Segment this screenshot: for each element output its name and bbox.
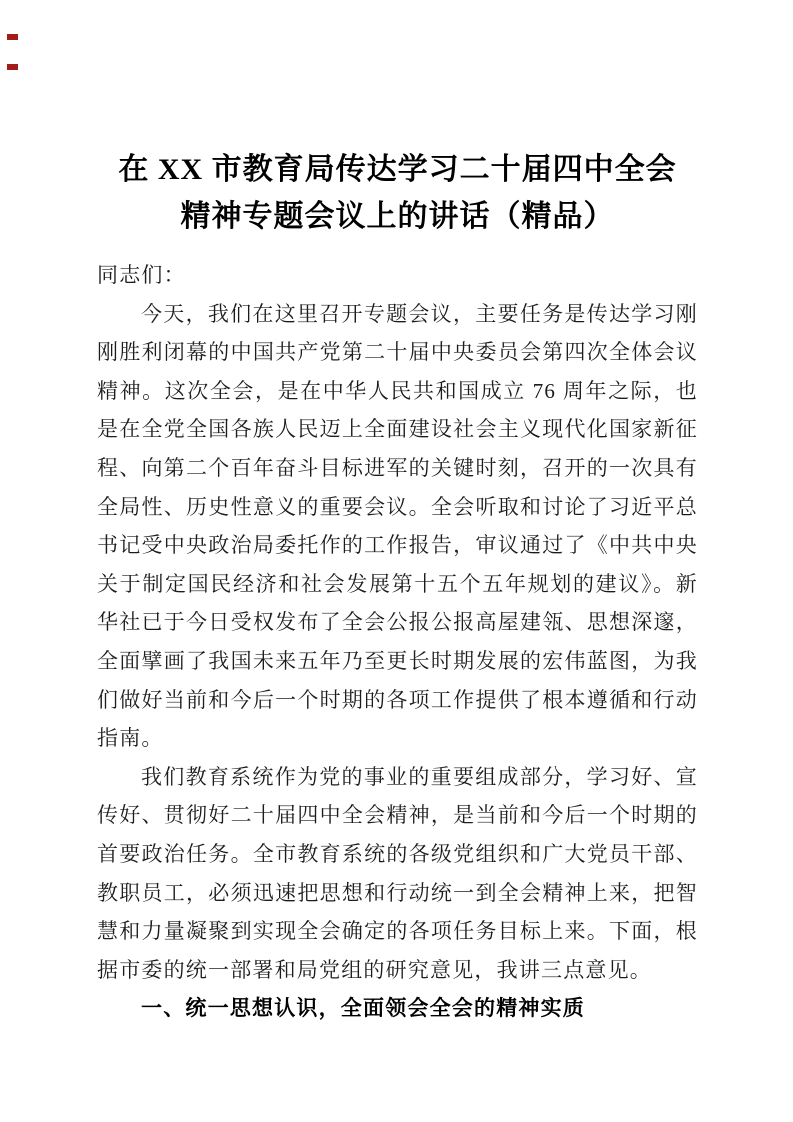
document-title-line-2: 精神专题会议上的讲话（精品） <box>97 193 698 240</box>
document-title-line-1: 在 XX 市教育局传达学习二十届四中全会 <box>97 146 698 193</box>
section-heading-1: 一、统一思想认识，全面领会全会的精神实质 <box>97 989 698 1028</box>
salutation: 同志们： <box>97 256 698 295</box>
red-dash-mark-bottom <box>7 64 18 70</box>
document-title: 在 XX 市教育局传达学习二十届四中全会 精神专题会议上的讲话（精品） <box>97 146 698 240</box>
red-dash-mark-top <box>7 34 18 40</box>
document-page: 在 XX 市教育局传达学习二十届四中全会 精神专题会议上的讲话（精品） 同志们：… <box>0 0 793 1122</box>
document-content: 在 XX 市教育局传达学习二十届四中全会 精神专题会议上的讲话（精品） 同志们：… <box>97 146 698 1028</box>
document-body: 同志们： 今天，我们在这里召开专题会议，主要任务是传达学习刚刚胜利闭幕的中国共产… <box>97 256 698 1028</box>
paragraph-1: 今天，我们在这里召开专题会议，主要任务是传达学习刚刚胜利闭幕的中国共产党第二十届… <box>97 295 698 758</box>
paragraph-2: 我们教育系统作为党的事业的重要组成部分，学习好、宣传好、贯彻好二十届四中全会精神… <box>97 758 698 990</box>
